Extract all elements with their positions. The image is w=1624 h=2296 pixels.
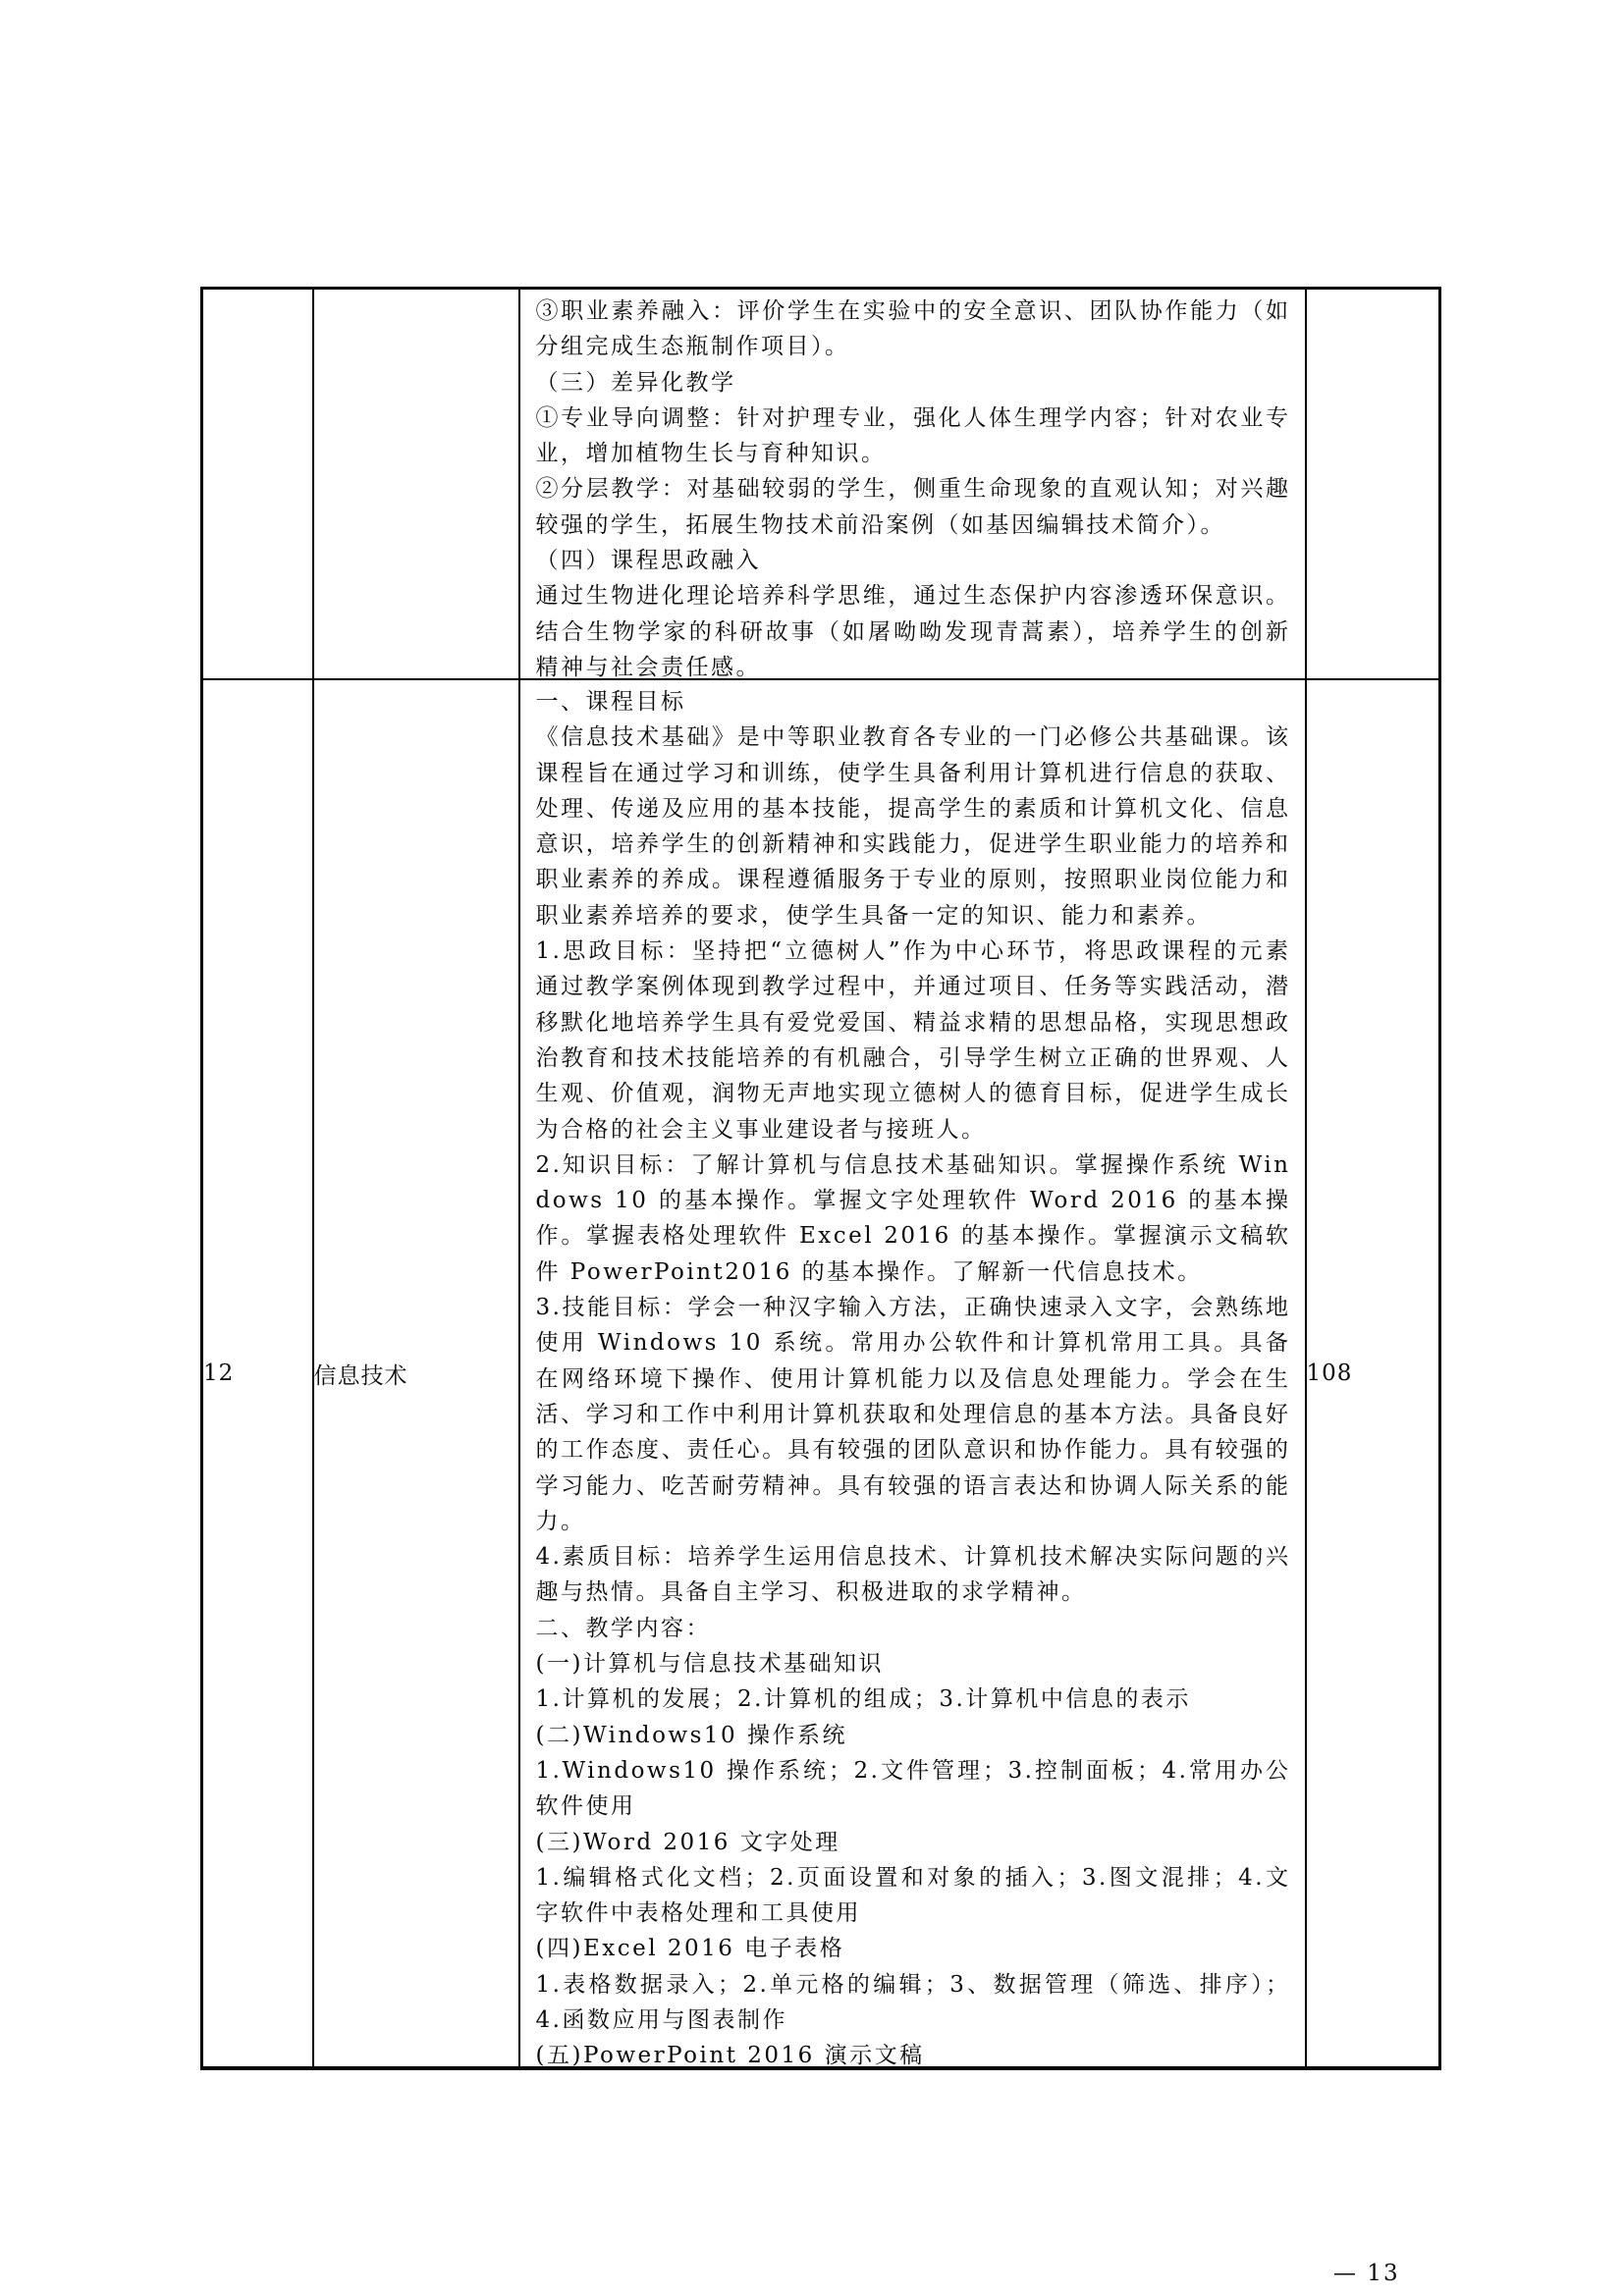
- content-paragraphs: 一、课程目标《信息技术基础》是中等职业教育各专业的一门必修公共基础课。该课程旨在…: [520, 680, 1305, 2066]
- content-paragraph: 1.表格数据录入；2.单元格的编辑；3、数据管理（筛选、排序）；4.函数应用与图…: [536, 1967, 1291, 2039]
- page-number: — 13: [1333, 2261, 1400, 2286]
- content-paragraph: 2.知识目标：了解计算机与信息技术基础知识。掌握操作系统 Windows 10 …: [536, 1148, 1291, 1290]
- content-paragraph: 通过生物进化理论培养科学思维，通过生态保护内容渗透环保意识。结合生物学家的科研故…: [536, 578, 1291, 678]
- content-paragraph: (五)PowerPoint 2016 演示文稿: [536, 2038, 1291, 2066]
- course-name-cell: [313, 289, 519, 680]
- course-name-cell: 信息技术: [313, 679, 519, 2068]
- content-paragraph: 1.计算机的发展；2.计算机的组成；3.计算机中信息的表示: [536, 1682, 1291, 1717]
- table-row-information-technology: 12 信息技术 一、课程目标《信息技术基础》是中等职业教育各专业的一门必修公共基…: [202, 679, 1440, 2068]
- content-paragraph: 1.编辑格式化文档；2.页面设置和对象的插入；3.图文混排；4.文字软件中表格处…: [536, 1860, 1291, 1932]
- content-paragraph: 1.思政目标：坚持把“立德树人”作为中心环节，将思政课程的元素通过教学案例体现到…: [536, 934, 1291, 1148]
- seq-cell: [202, 289, 313, 680]
- content-paragraph: (三)Word 2016 文字处理: [536, 1825, 1291, 1860]
- hours-cell: 108: [1306, 679, 1440, 2068]
- hours-cell: [1306, 289, 1440, 680]
- content-paragraph: (一)计算机与信息技术基础知识: [536, 1646, 1291, 1682]
- content-cell: 一、课程目标《信息技术基础》是中等职业教育各专业的一门必修公共基础课。该课程旨在…: [519, 679, 1306, 2068]
- content-paragraph: ③职业素养融入：评价学生在实验中的安全意识、团队协作能力（如分组完成生态瓶制作项…: [536, 294, 1291, 365]
- content-paragraph: 二、教学内容：: [536, 1611, 1291, 1646]
- content-paragraph: 一、课程目标: [536, 684, 1291, 720]
- table-row-biology-continued: ③职业素养融入：评价学生在实验中的安全意识、团队协作能力（如分组完成生态瓶制作项…: [202, 289, 1440, 680]
- content-paragraph: （三）差异化教学: [536, 365, 1291, 400]
- content-paragraph: (二)Windows10 操作系统: [536, 1718, 1291, 1753]
- content-paragraph: （四）课程思政融入: [536, 543, 1291, 578]
- document-page: ③职业素养融入：评价学生在实验中的安全意识、团队协作能力（如分组完成生态瓶制作项…: [0, 0, 1624, 2296]
- content-paragraph: 1.Windows10 操作系统；2.文件管理；3.控制面板；4.常用办公软件使…: [536, 1753, 1291, 1825]
- content-paragraph: 4.素质目标：培养学生运用信息技术、计算机技术解决实际问题的兴趣与热情。具备自主…: [536, 1539, 1291, 1611]
- content-paragraph: (四)Excel 2016 电子表格: [536, 1931, 1291, 1966]
- course-plan-table: ③职业素养融入：评价学生在实验中的安全意识、团队协作能力（如分组完成生态瓶制作项…: [200, 287, 1441, 2070]
- content-paragraph: 《信息技术基础》是中等职业教育各专业的一门必修公共基础课。该课程旨在通过学习和训…: [536, 720, 1291, 934]
- seq-cell: 12: [202, 679, 313, 2068]
- content-paragraphs: ③职业素养融入：评价学生在实验中的安全意识、团队协作能力（如分组完成生态瓶制作项…: [520, 290, 1305, 678]
- content-cell: ③职业素养融入：评价学生在实验中的安全意识、团队协作能力（如分组完成生态瓶制作项…: [519, 289, 1306, 680]
- content-paragraph: ①专业导向调整：针对护理专业，强化人体生理学内容；针对农业专业，增加植物生长与育…: [536, 400, 1291, 472]
- content-paragraph: ②分层教学：对基础较弱的学生，侧重生命现象的直观认知；对兴趣较强的学生，拓展生物…: [536, 471, 1291, 543]
- content-paragraph: 3.技能目标：学会一种汉字输入方法，正确快速录入文字，会熟练地使用 Window…: [536, 1290, 1291, 1539]
